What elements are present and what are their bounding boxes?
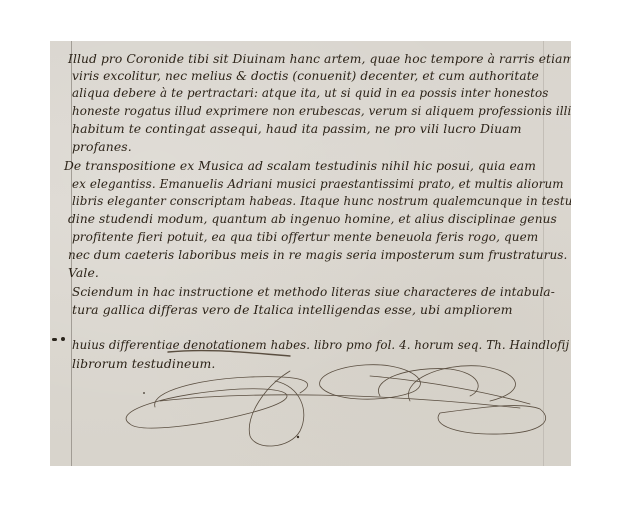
text-line: Illud pro Coronide tibi sit Diuinam hanc…: [68, 51, 571, 66]
text-line: profanes.: [72, 139, 132, 154]
paragraph-start-line: De transpositione ex Musica ad scalam te…: [64, 158, 536, 173]
text-line: profitente fieri potuit, ea qua tibi off…: [72, 229, 538, 244]
text-line: aliqua debere à te pertractari: atque it…: [72, 85, 548, 100]
text-line: huius differentiae denotationem habes. l…: [72, 337, 569, 352]
margin-ink-dot: [61, 337, 65, 341]
paragraph-start-line: Sciendum in hac instructione et methodo …: [72, 284, 555, 299]
text-line: honeste rogatus illud exprimere non erub…: [72, 103, 571, 118]
text-line: viris excolitur, nec melius & doctis (co…: [72, 68, 539, 83]
text-line: nec dum caeteris laboribus meis in re ma…: [68, 247, 567, 262]
text-line: libris eleganter conscriptam habeas. Ita…: [72, 193, 571, 208]
text-line: dine studendi modum, quantum ab ingenuo …: [68, 211, 557, 226]
text-line: habitum te contingat assequi, haud ita p…: [72, 121, 522, 136]
margin-ink-mark: [52, 338, 57, 341]
closing-vale: Vale.: [68, 265, 99, 280]
manuscript-page: Illud pro Coronide tibi sit Diuinam hanc…: [50, 41, 571, 466]
text-line: ex elegantiss. Emanuelis Adriani musici …: [72, 176, 564, 191]
text-line: tura gallica differas vero de Italica in…: [72, 302, 513, 317]
text-line: librorum testudineum.: [72, 356, 215, 371]
